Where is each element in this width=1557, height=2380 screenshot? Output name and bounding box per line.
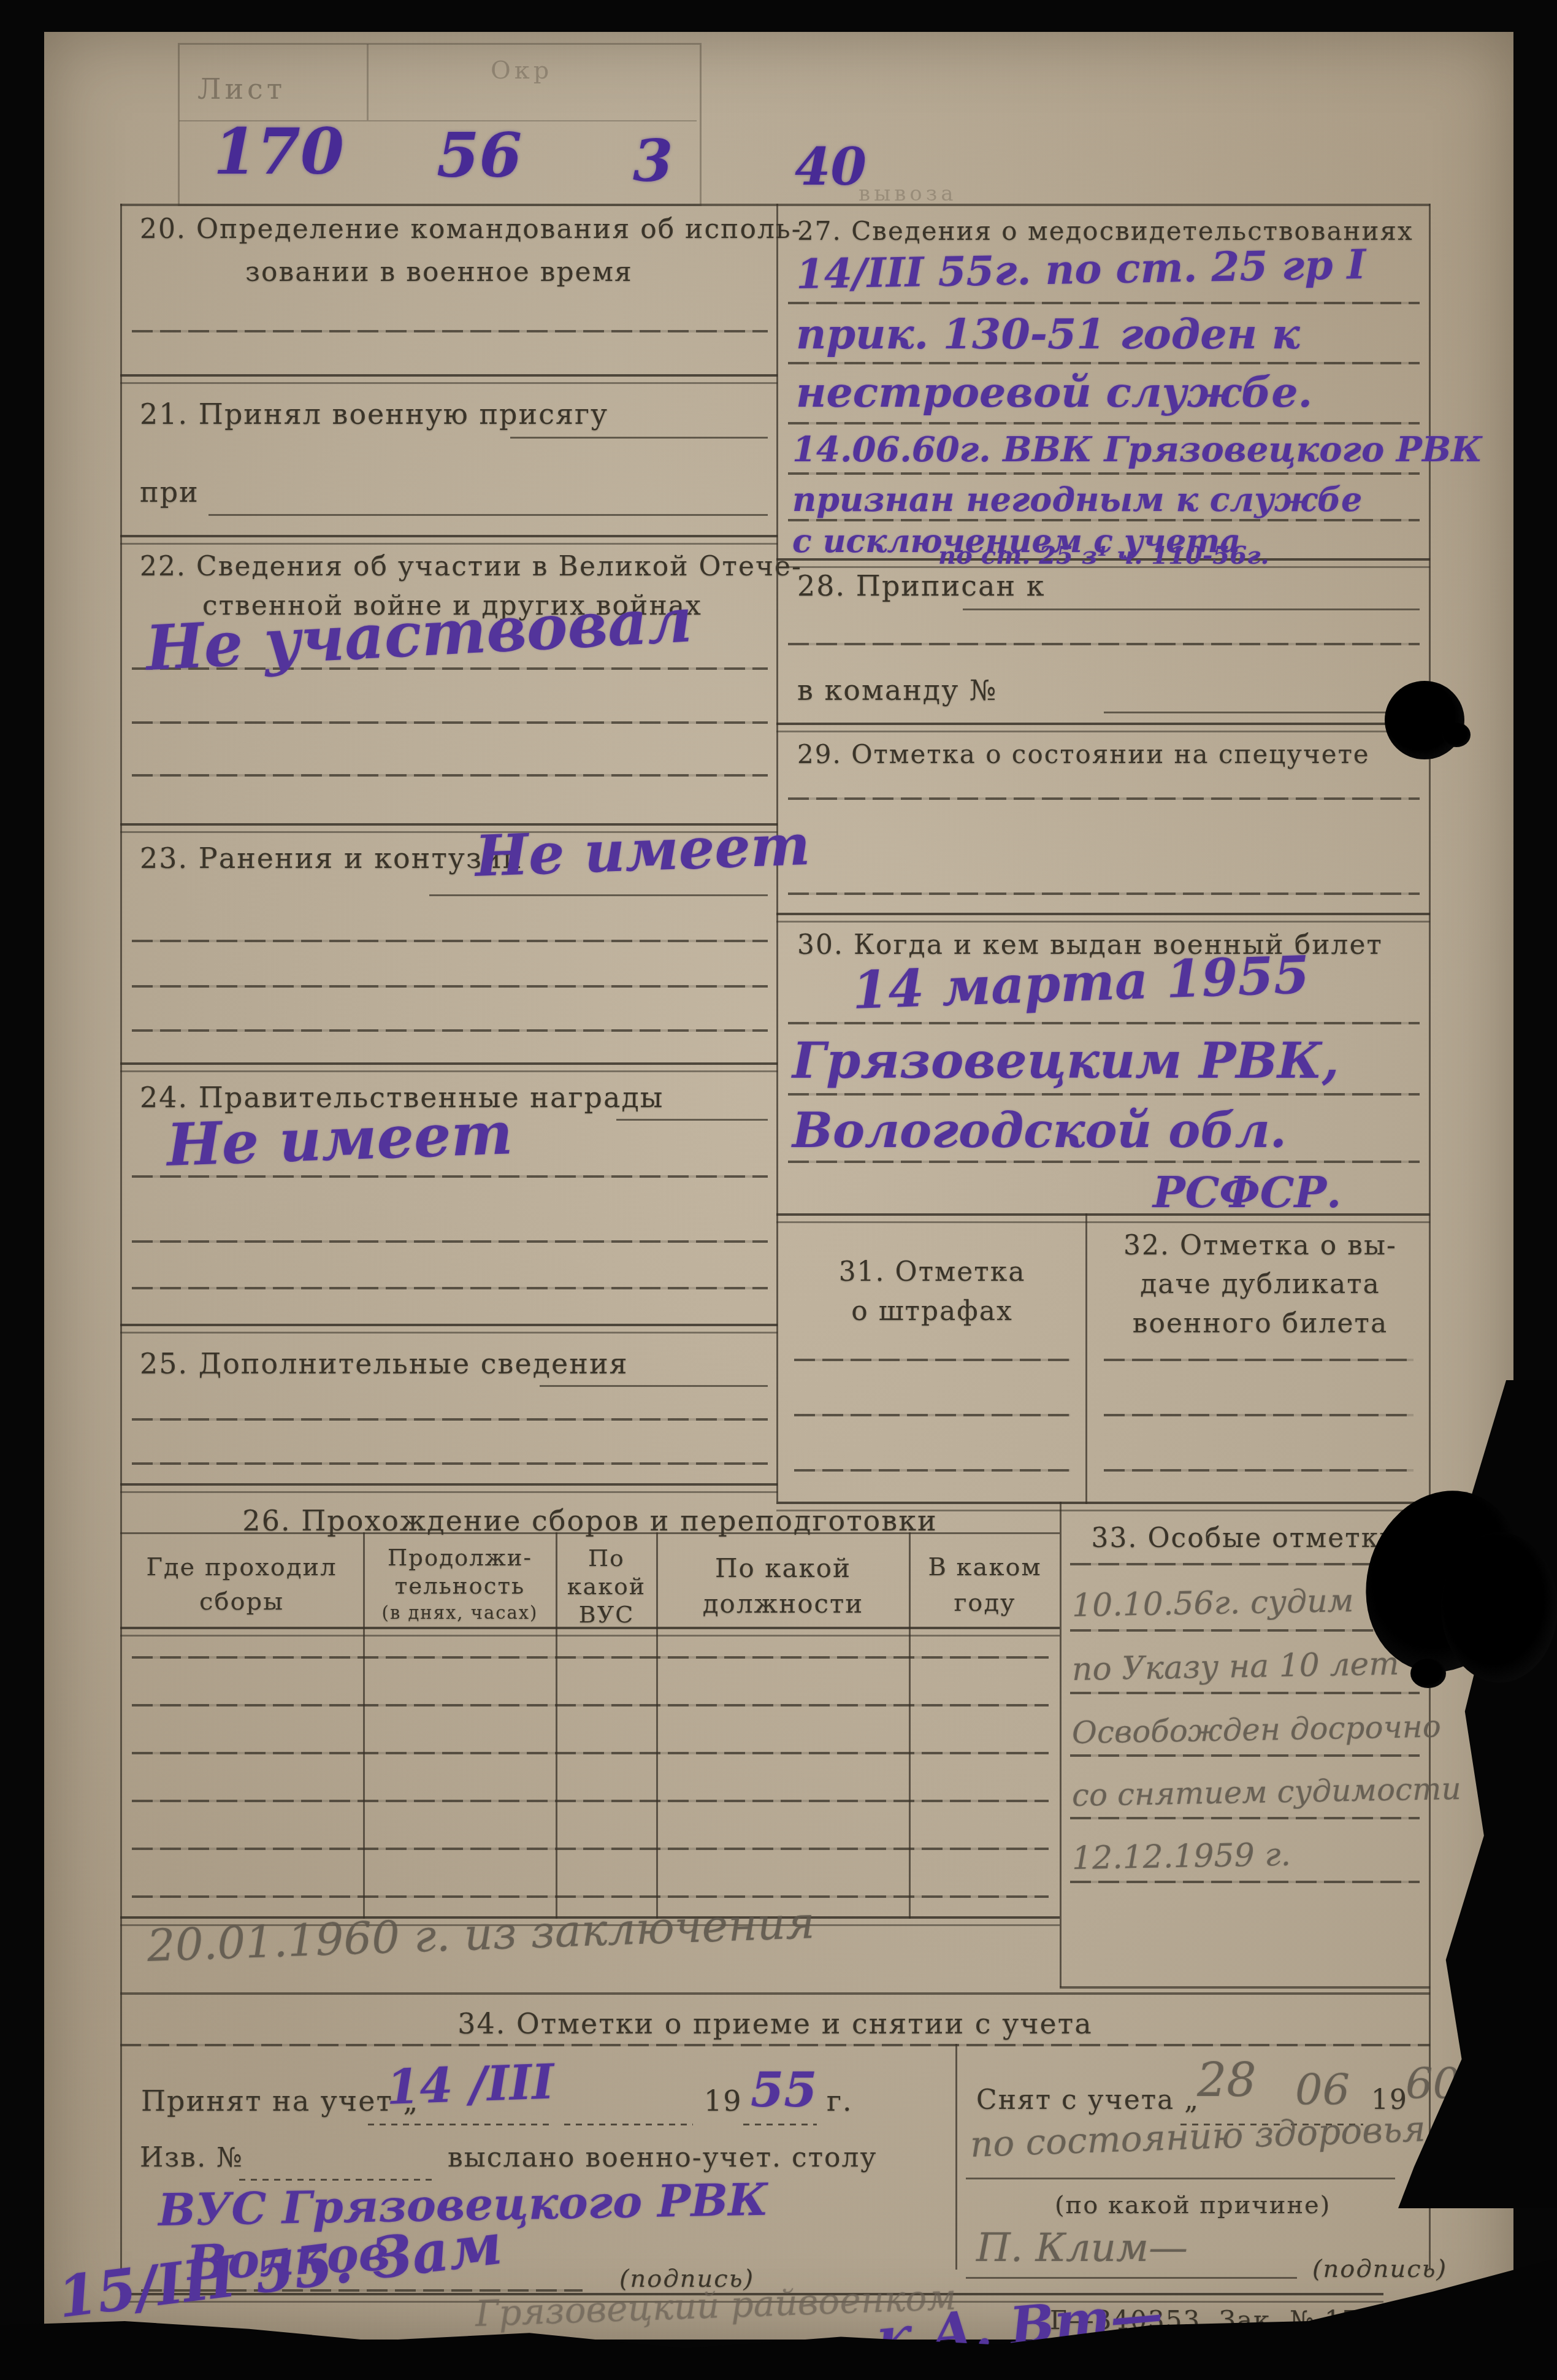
section-21-number: 21. <box>140 397 188 431</box>
section-20-title-line2: зовании в военное время <box>245 256 633 288</box>
ink-blot-1 <box>1385 681 1464 759</box>
ruled-line <box>1070 1881 1420 1883</box>
table-header-bottom-line <box>120 1627 1060 1637</box>
section-separator <box>776 723 1430 732</box>
section-26-title-text: Прохождение сборов и переподготовки <box>301 1504 937 1537</box>
section-33-title: 33. Особые отметки <box>1067 1522 1423 1554</box>
table-row-line <box>1104 1359 1414 1361</box>
section-26-title: 26. Прохождение сборов и переподготовки <box>120 1504 1060 1537</box>
dotted-blank <box>368 2124 552 2125</box>
ruled-line <box>1070 1629 1420 1632</box>
table-column-line <box>909 1532 911 1919</box>
section-33-number: 33. <box>1092 1522 1138 1554</box>
table-column-line <box>556 1532 557 1919</box>
blank-line <box>429 894 768 896</box>
table-row-line <box>794 1469 1070 1472</box>
form-border-top <box>120 204 1430 206</box>
section-23-number: 23. <box>140 842 188 875</box>
ruled-line <box>132 985 768 988</box>
handwriting-medical-7: по ст. 25 з¹ ч. 110-56г. <box>938 541 1269 570</box>
table-row-line <box>132 1752 1049 1754</box>
ruled-line <box>1070 1817 1420 1819</box>
section-31-title-line2: о штрафах <box>791 1296 1073 1327</box>
ruled-line <box>1070 1692 1420 1694</box>
section-32-title-line3: военного билета <box>1101 1308 1420 1339</box>
table-row-line <box>132 1800 1049 1802</box>
handwriting-ticket-rvk: Грязовецким РВК, <box>792 1032 1339 1089</box>
section-separator <box>120 374 778 384</box>
blank-line <box>963 608 1420 610</box>
col-header-where: Где проходил <box>126 1553 357 1581</box>
ruled-line <box>132 1029 768 1032</box>
handwriting-accepted-date: 14 /III <box>385 2054 555 2115</box>
table-row-line <box>794 1414 1070 1416</box>
col-header-year: В каком <box>915 1553 1055 1581</box>
section-25-number: 25. <box>140 1347 188 1380</box>
section-34-divider <box>955 2044 957 2270</box>
section-separator <box>776 913 1430 923</box>
col-header-vus-2: какой <box>562 1573 651 1600</box>
section-23-title-line1: Ранения и контузии <box>199 842 523 875</box>
signature-line <box>966 2277 1297 2279</box>
ruled-line <box>132 1240 768 1243</box>
ruled-line <box>788 1022 1420 1024</box>
section-20-number: 20. <box>140 213 186 245</box>
section-31-number: 31. <box>839 1256 886 1288</box>
reason-caption: (по какой причине) <box>1055 2191 1331 2219</box>
section-30-number: 30. <box>797 929 844 961</box>
section-32-number: 32. <box>1123 1230 1170 1261</box>
ruled-line <box>132 330 768 332</box>
section-29-title-text: Отметка о состоянии на спецучете <box>851 739 1370 769</box>
stamp-faint-text: вывоза <box>859 182 957 206</box>
stamp-number-1: 170 <box>213 115 344 189</box>
ruled-line <box>132 721 768 724</box>
stamp-divider-vline <box>367 44 369 120</box>
handwriting-medical-1: 14/III 55г. по ст. 25 гр I <box>795 240 1366 298</box>
handwriting-medical-5: признан негодным к службе <box>792 480 1362 519</box>
izv-label: Изв. № <box>140 2142 243 2173</box>
section-34-under-line <box>120 2044 1430 2046</box>
ruled-line <box>788 472 1420 475</box>
form-border-left <box>120 204 122 2272</box>
section-separator <box>120 1324 778 1334</box>
reason-line <box>966 2178 1395 2179</box>
stamp-faint-text: Окр <box>491 56 553 85</box>
table-row-line <box>132 1656 1049 1659</box>
ruled-line <box>132 940 768 942</box>
section-20-title: 20. Определение командования об исполь- <box>140 213 802 245</box>
section-34-number: 34. <box>457 2007 506 2040</box>
section-28-team-label: в команду № <box>797 674 997 707</box>
section-28-title: 28. Приписан к <box>797 569 1046 602</box>
col-header-position: По какой <box>662 1553 904 1583</box>
section-21-title-line1: Принял военную присягу <box>199 397 608 431</box>
table-row-line <box>1104 1469 1414 1472</box>
section-22-title-line1: Сведения об участии в Великой Отече- <box>196 551 802 582</box>
ruled-line <box>1070 1563 1420 1565</box>
ink-blot-2c <box>1410 1659 1446 1688</box>
accepted-year-prefix: 19 <box>704 2084 743 2117</box>
handwriting-ticket-rsfsr: РСФСР. <box>1153 1167 1341 1218</box>
section-29-title: 29. Отметка о состоянии на спецучете <box>797 739 1370 769</box>
pencil-conviction-2: по Указу на 10 лет <box>1071 1646 1399 1688</box>
stamp-number-4: 40 <box>795 136 866 197</box>
section-34-title-text: Отметки о приеме и снятии с учета <box>516 2007 1093 2040</box>
table-column-line <box>656 1532 658 1919</box>
ruled-line <box>788 1093 1420 1096</box>
ruled-line <box>788 797 1420 800</box>
stamp-number-3: 3 <box>633 128 673 195</box>
handwriting-accepted-year: 55 <box>751 2062 817 2118</box>
section-32-title: 32. Отметка о вы- <box>1101 1230 1420 1261</box>
section-31-title-line1: Отметка <box>895 1256 1026 1288</box>
ruled-line <box>788 302 1420 304</box>
col-header-position-2: должности <box>662 1589 904 1619</box>
table-column-line <box>363 1532 365 1919</box>
pencil-conviction-3: Освобожден досрочно <box>1071 1709 1441 1751</box>
section-25-title: 25. Дополнительные сведения <box>140 1347 629 1380</box>
section-21-title: 21. Принял военную присягу <box>140 397 608 431</box>
ink-blot-2b <box>1441 1532 1557 1683</box>
section-21-pri-label: при <box>140 475 199 509</box>
ruled-line <box>788 893 1420 895</box>
handwriting-medical-2: прик. 130-51 годен к <box>796 310 1300 359</box>
section-33-title-text: Особые отметки <box>1147 1522 1398 1554</box>
ruled-line <box>788 362 1420 364</box>
dotted-blank <box>564 2124 693 2125</box>
col-header-vus-3: ВУС <box>562 1601 651 1628</box>
ruled-line <box>1070 1754 1420 1757</box>
table-row-line <box>132 1848 1049 1850</box>
section-28-title-text: Приписан к <box>856 569 1046 602</box>
blank-line <box>208 514 768 516</box>
table-row-line <box>1104 1414 1414 1416</box>
handwriting-none: Не имеет <box>166 1099 514 1180</box>
section-22-title: 22. Сведения об участии в Великой Отече- <box>140 551 802 582</box>
section-34-top-line <box>120 1992 1430 1995</box>
ruled-line <box>788 519 1420 521</box>
section-23-title: 23. Ранения и контузии <box>140 842 522 875</box>
section-separator <box>120 535 778 545</box>
section-separator <box>120 1062 778 1072</box>
handwriting-ticket-region: Вологодской обл. <box>792 1103 1287 1159</box>
section-26-number: 26. <box>242 1504 291 1537</box>
blank-line <box>616 1119 768 1121</box>
blank-line <box>510 437 768 439</box>
section-32-title-line2: даче дубликата <box>1101 1269 1420 1300</box>
pencil-conviction-4: со снятием судимости <box>1071 1771 1461 1813</box>
ruled-line <box>788 1161 1420 1163</box>
ruled-line <box>788 643 1420 645</box>
handwriting-medical-4: 14.06.60г. ВВК Грязовецкого РВК <box>792 429 1482 470</box>
section-32-title-line1: Отметка о вы- <box>1180 1230 1397 1261</box>
removed-label: Снят с учета „ <box>976 2084 1199 2116</box>
ink-blot-1b <box>1442 723 1471 747</box>
table-row-line <box>132 1895 1049 1898</box>
blank-line <box>1104 712 1420 713</box>
col-header-duration-3: (в днях, часах) <box>369 1602 551 1623</box>
section-29-number: 29. <box>797 739 842 769</box>
ruled-line <box>132 1287 768 1289</box>
stamp-faint-text: Лист <box>197 72 286 106</box>
ruled-line <box>132 774 768 777</box>
stamp-number-2: 56 <box>437 119 522 191</box>
table-31-32-divider <box>1085 1213 1087 1504</box>
blank-line <box>540 1385 768 1387</box>
pencil-signature-right: П. Клим— <box>976 2225 1188 2271</box>
handwriting-none: Не имеет <box>474 812 811 889</box>
izv-rest-label: выслано военно-учет. столу <box>448 2142 877 2173</box>
pencil-conviction-5: 12.12.1959 г. <box>1071 1837 1291 1877</box>
form-border-right <box>1429 204 1431 2270</box>
ruled-line <box>132 1418 768 1421</box>
col-header-year-2: году <box>915 1589 1055 1617</box>
section-20-title-line1: Определение командования об исполь- <box>196 213 802 245</box>
section-25-title-line1: Дополнительные сведения <box>199 1347 629 1380</box>
section-31-title: 31. Отметка <box>791 1256 1073 1288</box>
signature-caption-right: (подпись) <box>1312 2255 1447 2283</box>
section-34-title: 34. Отметки о приеме и снятии с учета <box>120 2007 1430 2040</box>
ruled-line <box>788 422 1420 424</box>
col-header-where-2: сборы <box>126 1587 357 1616</box>
pencil-removed-day: 28 <box>1197 2052 1257 2107</box>
pencil-removed-month: 06 <box>1295 2065 1350 2115</box>
section-27-number: 27. <box>797 216 842 246</box>
section-24-number: 24. <box>140 1081 188 1114</box>
pencil-conviction-1: 10.10.56г. судим <box>1071 1583 1354 1624</box>
ruled-line <box>132 1462 768 1465</box>
col-header-duration: Продолжи- <box>369 1545 551 1571</box>
section-separator <box>120 1483 778 1493</box>
col-header-vus: По <box>562 1545 651 1572</box>
section-28-number: 28. <box>797 569 846 602</box>
accepted-year-suffix: г. <box>827 2084 853 2117</box>
accepted-label: Принят на учет „ <box>141 2084 419 2117</box>
table-row-line <box>132 1704 1049 1706</box>
handwriting-medical-3: нестроевой службе. <box>796 368 1312 417</box>
dotted-blank <box>743 2124 817 2125</box>
table-row-line <box>794 1359 1070 1361</box>
section-22-number: 22. <box>140 551 186 582</box>
box-33-bottom <box>1060 1986 1430 1989</box>
col-header-duration-2: тельность <box>369 1573 551 1599</box>
table-right-border <box>1060 1502 1062 1987</box>
scanned-document: Лист Окр вывоза 170 56 3 40 20. Определе… <box>0 0 1557 2380</box>
